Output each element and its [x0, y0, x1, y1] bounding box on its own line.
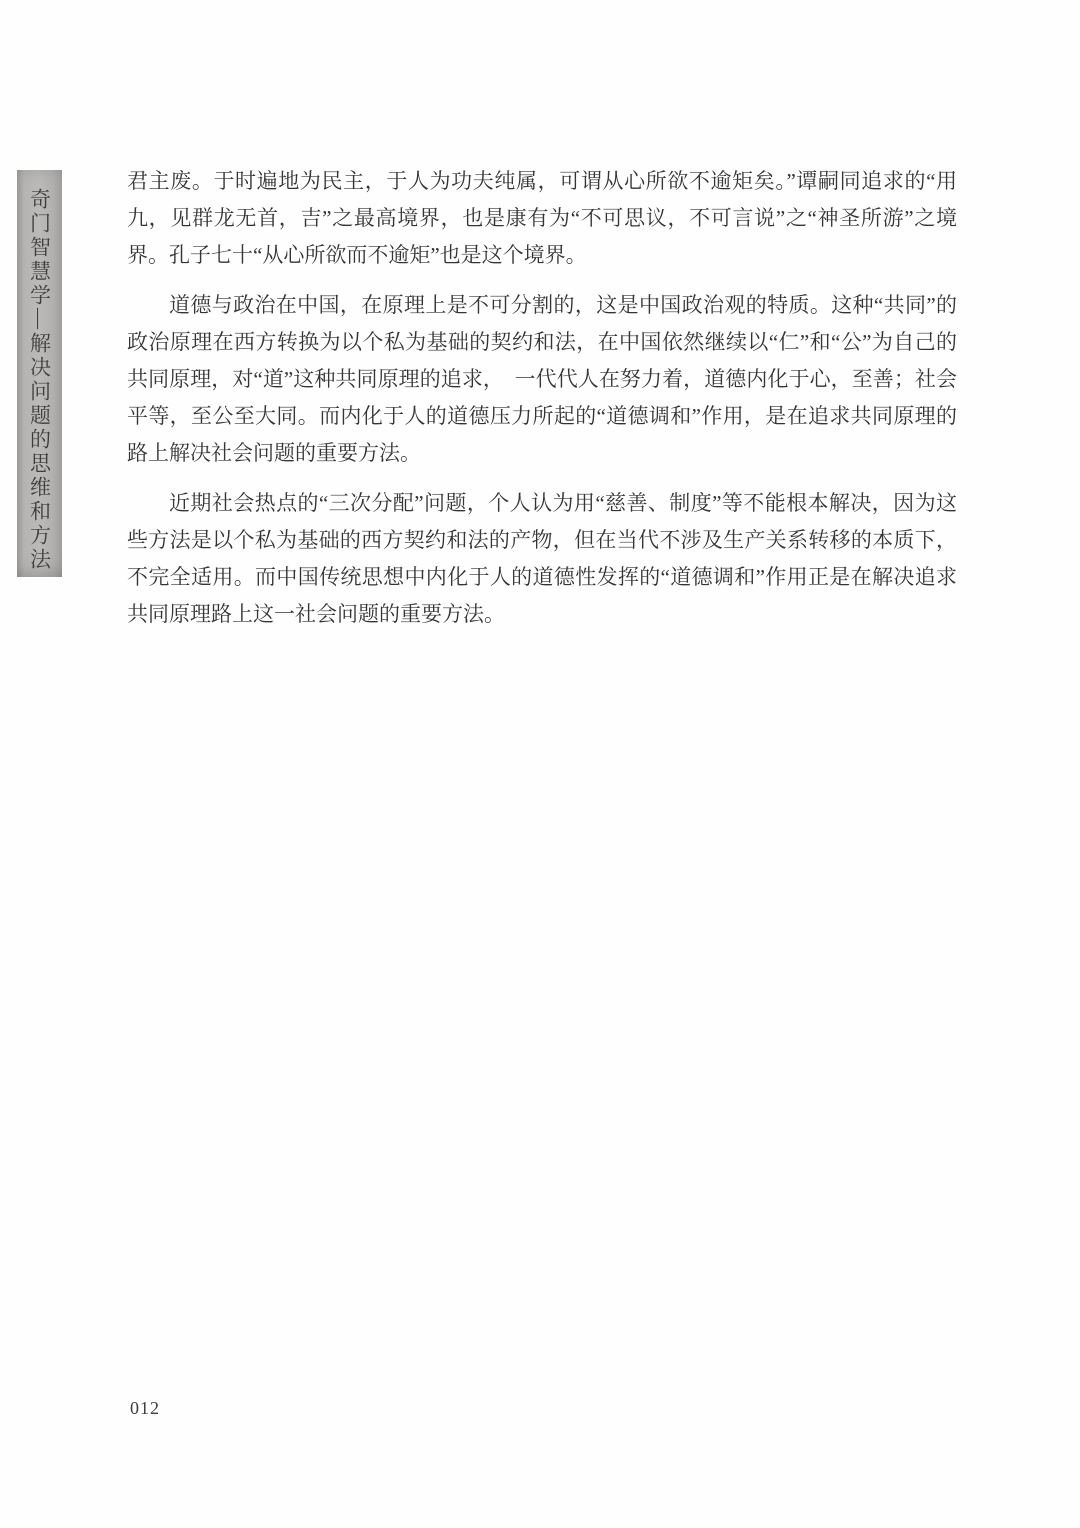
paragraph: 近期社会热点的“三次分配”问题，个人认为用“慈善、制度”等不能根本解决，因为这些… — [127, 485, 957, 633]
chapter-title-vertical: 奇门智慧学—解决问题的思维和方法 — [25, 170, 55, 577]
chapter-side-tab: 奇门智慧学—解决问题的思维和方法 — [17, 170, 62, 577]
paragraph: 道德与政治在中国，在原理上是不可分割的，这是中国政治观的特质。这种“共同”的政治… — [127, 287, 957, 472]
paragraph: 君主废。于时遍地为民主，于人为功夫纯属，可谓从心所欲不逾矩矣。”谭嗣同追求的“用… — [127, 163, 957, 274]
body-text: 君主废。于时遍地为民主，于人为功夫纯属，可谓从心所欲不逾矩矣。”谭嗣同追求的“用… — [127, 163, 957, 646]
book-page: 奇门智慧学—解决问题的思维和方法 君主废。于时遍地为民主，于人为功夫纯属，可谓从… — [0, 0, 1080, 1528]
page-number: 012 — [130, 1398, 160, 1419]
